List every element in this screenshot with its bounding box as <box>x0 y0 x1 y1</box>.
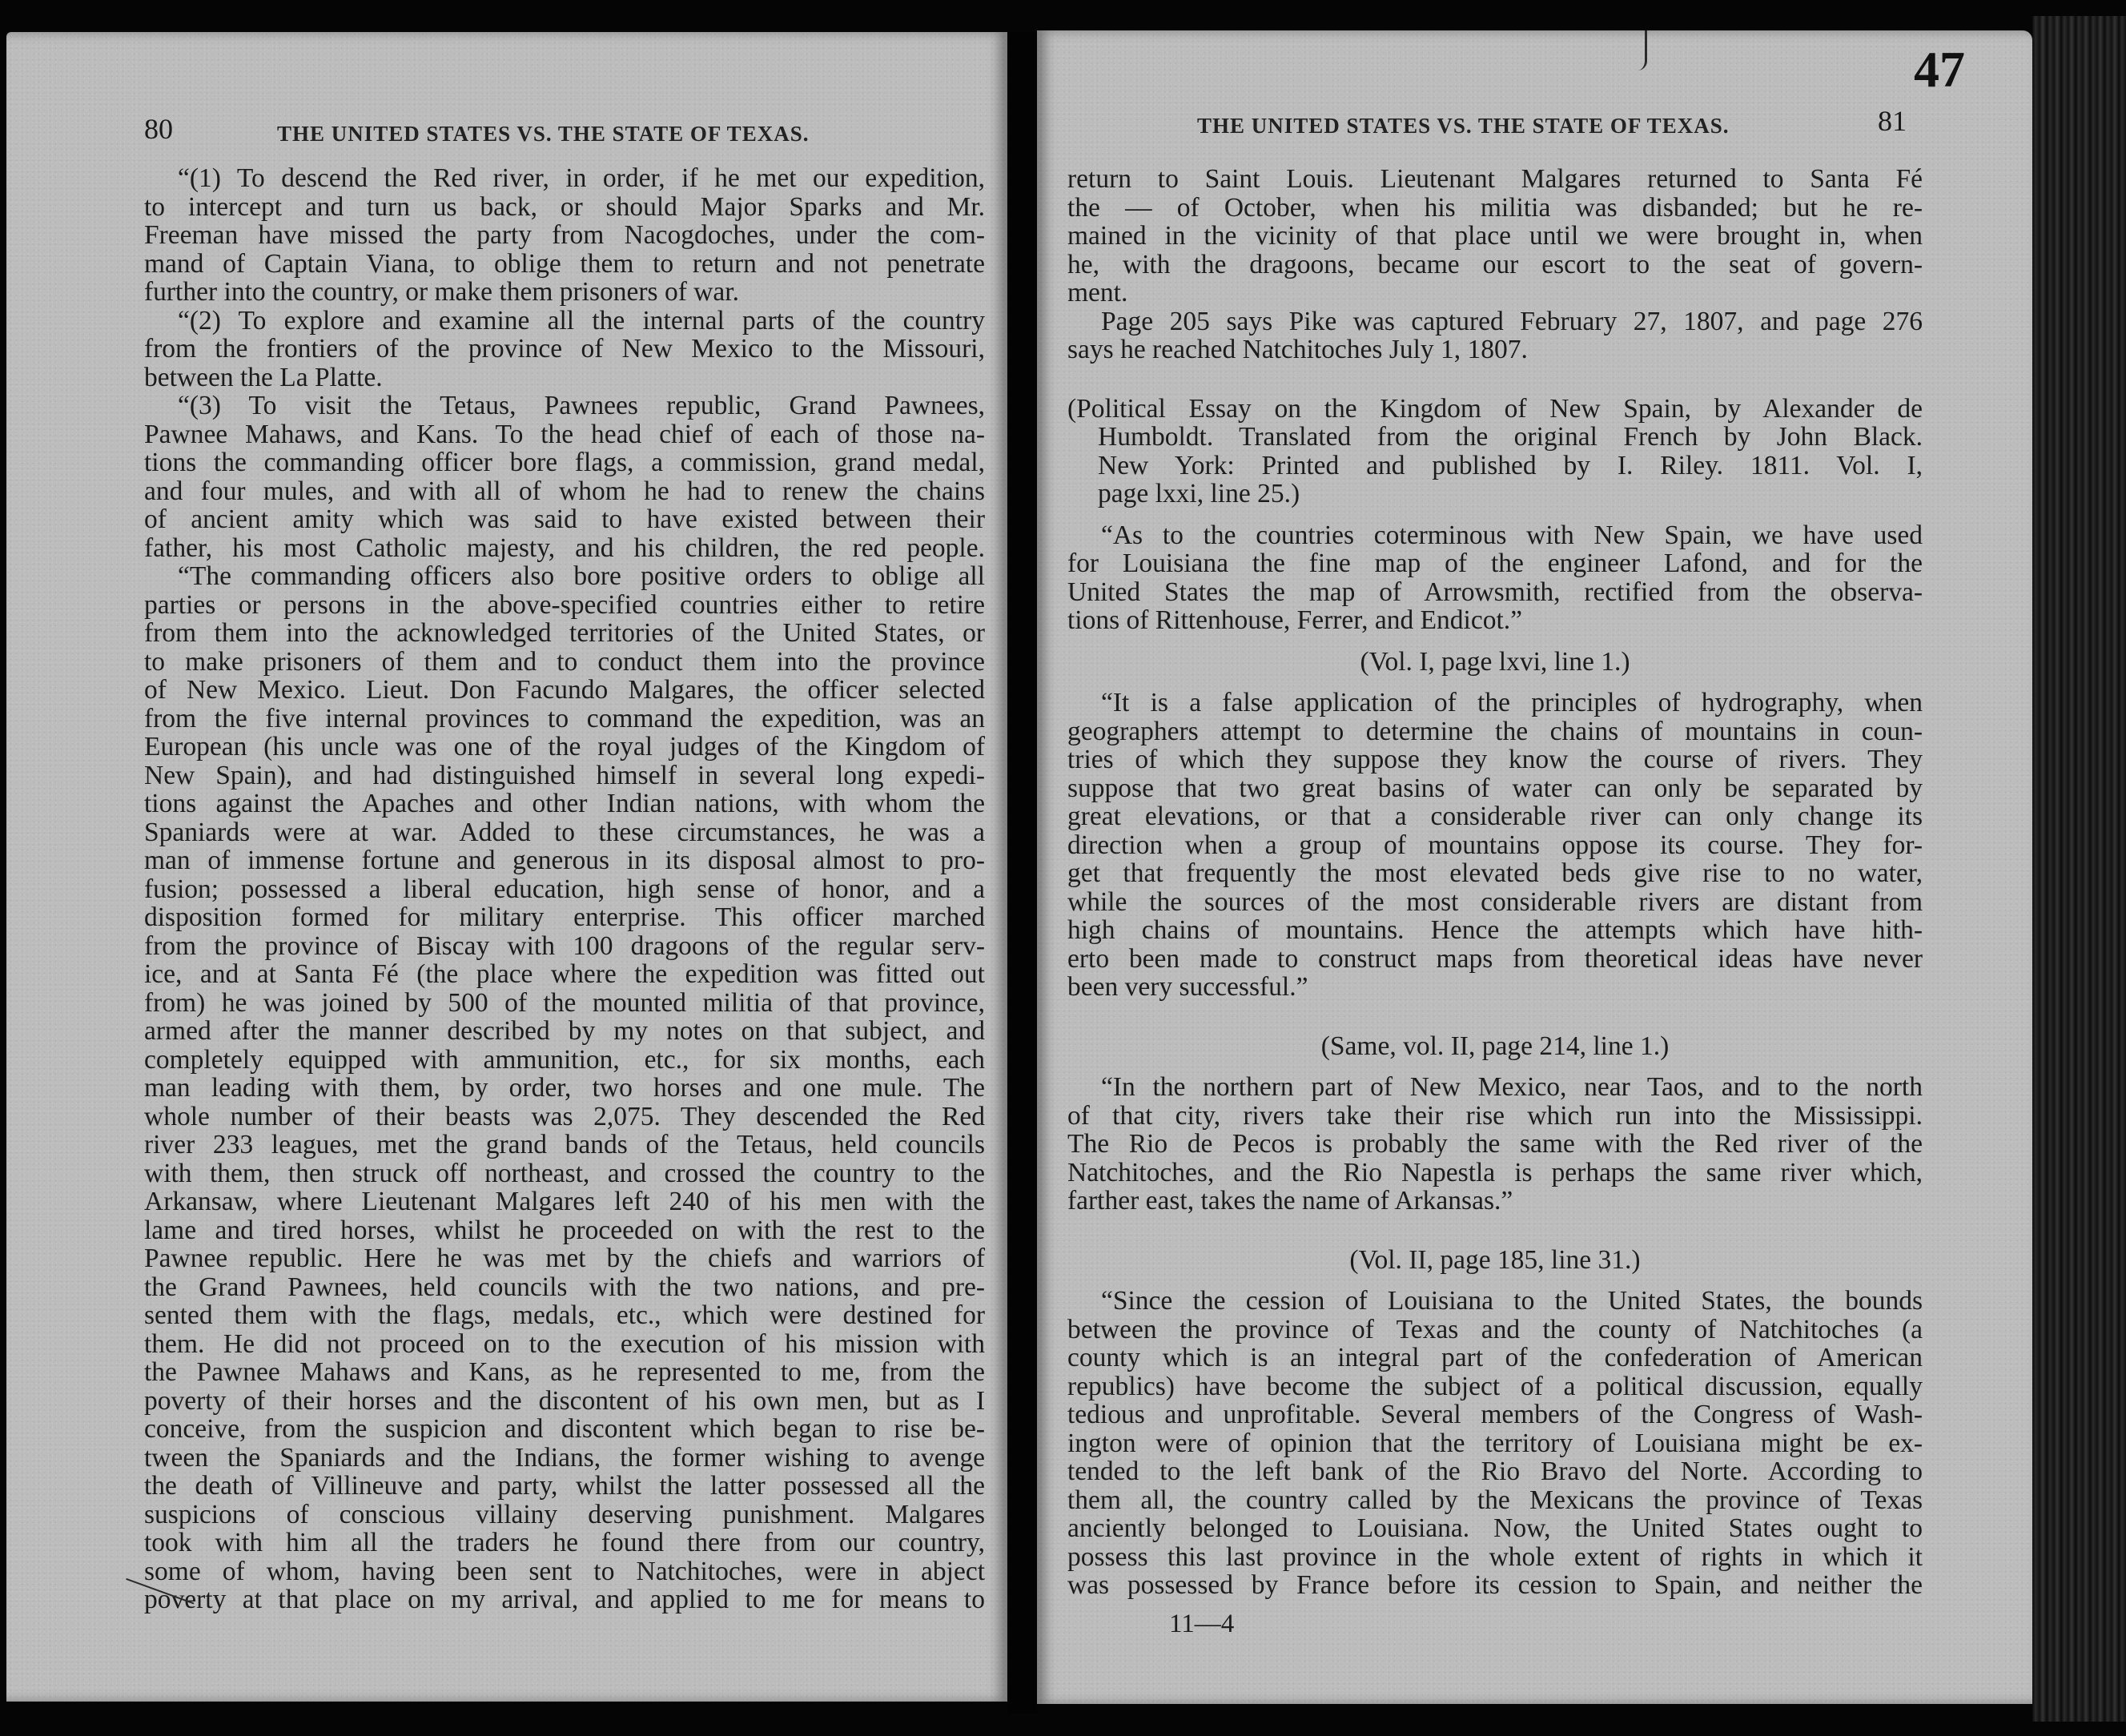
text-line: county which is an integral part of the … <box>1067 1344 1923 1372</box>
text-line: “(3) To visit the Tetaus, Pawnees republ… <box>144 392 985 420</box>
text-line: great elevations, or that a considerable… <box>1067 802 1923 831</box>
right-page: 47 The United States vs. the State of Te… <box>1037 30 2032 1704</box>
text-line: poverty of their horses and the disconte… <box>144 1387 985 1416</box>
text-line: the death of Villineuve and party, whils… <box>144 1472 985 1501</box>
text-line: from them into the acknowledged territor… <box>144 619 985 648</box>
text-line: “(2) To explore and examine all the inte… <box>144 307 985 336</box>
text-line: parties or persons in the above-specifie… <box>144 591 985 620</box>
text-line: from the frontiers of the province of Ne… <box>144 335 985 364</box>
text-line: “As to the countries coterminous with Ne… <box>1067 521 1923 550</box>
text-line: the Pawnee Mahaws and Kans, as he repres… <box>144 1358 985 1387</box>
text-line: them all, the country called by the Mexi… <box>1067 1486 1923 1515</box>
text-line: Page 205 says Pike was captured February… <box>1067 307 1923 336</box>
body-text: “(1) To descend the Red river, in order,… <box>144 164 985 1614</box>
text-line: river 233 leagues, met the grand bands o… <box>144 1131 985 1159</box>
text-line: of that city, rivers take their rise whi… <box>1067 1102 1923 1131</box>
signature-mark: 11—4 <box>1169 1609 1234 1639</box>
text-line: get that frequently the most elevated be… <box>1067 859 1923 888</box>
text-line: Humboldt. Translated from the original F… <box>1067 423 1923 452</box>
text-line: tions against the Apaches and other Indi… <box>144 790 985 818</box>
text-line: man leading with them, by order, two hor… <box>144 1074 985 1103</box>
text-line: fusion; possessed a liberal education, h… <box>144 875 985 904</box>
text-line: from) he was joined by 500 of the mounte… <box>144 989 985 1018</box>
spacer <box>1067 508 1923 521</box>
text-line: further into the country, or make them p… <box>144 278 985 307</box>
text-line: man of immense fortune and generous in i… <box>144 846 985 875</box>
text-line: tween the Spaniards and the Indians, the… <box>144 1444 985 1473</box>
book-gutter <box>1007 32 1037 1714</box>
text-line: Pawnee Mahaws, and Kans. To the head chi… <box>144 420 985 449</box>
text-line: high chains of mountains. Hence the atte… <box>1067 916 1923 945</box>
text-line: from the province of Biscay with 100 dra… <box>144 932 985 961</box>
text-line: with them, then struck off northeast, an… <box>144 1159 985 1188</box>
text-line: possess this last province in the whole … <box>1067 1543 1923 1572</box>
citation: (Vol. I, page lxvi, line 1.) <box>1067 648 1923 677</box>
paragraph: “It is a false application of the princi… <box>1067 689 1923 1002</box>
text-line: mand of Captain Viana, to oblige them to… <box>144 250 985 279</box>
text-line: disposition formed for military enterpri… <box>144 903 985 932</box>
text-line: to intercept and turn us back, or should… <box>144 193 985 222</box>
text-line: been very successful.” <box>1067 973 1923 1002</box>
text-line: while the sources of the most considerab… <box>1067 888 1923 917</box>
paragraph: return to Saint Louis. Lieutenant Malgar… <box>1067 165 1923 364</box>
pencil-mark <box>1634 30 1647 70</box>
text-line: (Political Essay on the Kingdom of New S… <box>1067 395 1923 424</box>
paragraph: “In the northern part of New Mexico, nea… <box>1067 1073 1923 1216</box>
spacer <box>1067 635 1923 648</box>
text-line: he, with the dragoons, became our escort… <box>1067 251 1923 279</box>
text-line: to make prisoners of them and to conduct… <box>144 648 985 677</box>
text-line: between the La Platte. <box>144 364 985 392</box>
text-line: New Spain), and had distinguished himsel… <box>144 762 985 790</box>
stamped-folio-number: 47 <box>1914 40 1965 99</box>
spacer <box>1067 1216 1923 1246</box>
left-page: 80 The United States vs. the State of Te… <box>6 32 1007 1702</box>
text-line: mained in the vicinity of that place unt… <box>1067 222 1923 251</box>
text-line: erto been made to construct maps from th… <box>1067 945 1923 974</box>
text-line: tedious and unprofitable. Several member… <box>1067 1400 1923 1429</box>
text-line: “Since the cession of Louisiana to the U… <box>1067 1287 1923 1316</box>
running-head: The United States vs. the State of Texas… <box>1197 114 1729 139</box>
text-line: Arkansaw, where Lieutenant Malgares left… <box>144 1187 985 1216</box>
text-line: Pawnee republic. Here he was met by the … <box>144 1244 985 1273</box>
text-line: was possessed by France before its cessi… <box>1067 1571 1923 1600</box>
text-line: “The commanding officers also bore posit… <box>144 562 985 591</box>
text-line: ice, and at Santa Fé (the place where th… <box>144 960 985 989</box>
text-line: tended to the left bank of the Rio Bravo… <box>1067 1457 1923 1486</box>
text-line: completely equipped with ammunition, etc… <box>144 1046 985 1075</box>
page-number: 81 <box>1878 104 1907 138</box>
text-line: of ancient amity which was said to have … <box>144 505 985 534</box>
text-line: the Grand Pawnees, held councils with th… <box>144 1273 985 1302</box>
running-head: The United States vs. the State of Texas… <box>277 122 809 147</box>
text-line: them. He did not proceed on to the execu… <box>144 1330 985 1359</box>
text-line: some of whom, having been sent to Natchi… <box>144 1557 985 1586</box>
text-line: republics) have become the subject of a … <box>1067 1372 1923 1401</box>
text-line: took with him all the traders he found t… <box>144 1529 985 1557</box>
text-line: says he reached Natchitoches July 1, 180… <box>1067 336 1923 364</box>
text-line: United States the map of Arrowsmith, rec… <box>1067 578 1923 607</box>
text-line: suspicions of conscious villainy deservi… <box>144 1501 985 1529</box>
text-line: New York: Printed and published by I. Ri… <box>1067 452 1923 480</box>
text-line: Spaniards were at war. Added to these ci… <box>144 818 985 847</box>
text-line: the — of October, when his militia was d… <box>1067 194 1923 223</box>
text-line: return to Saint Louis. Lieutenant Malgar… <box>1067 165 1923 194</box>
text-line: anciently belonged to Louisiana. Now, th… <box>1067 1514 1923 1543</box>
spacer <box>1067 1002 1923 1032</box>
text-line: European (his uncle was one of the royal… <box>144 733 985 762</box>
text-line: sented them with the flags, medals, etc.… <box>144 1301 985 1330</box>
text-line: Natchitoches, and the Rio Napestla is pe… <box>1067 1159 1923 1187</box>
page-edges <box>2032 16 2126 1722</box>
body-text: return to Saint Louis. Lieutenant Malgar… <box>1067 165 1923 1600</box>
text-line: father, his most Catholic majesty, and h… <box>144 534 985 563</box>
text-line: armed after the manner described by my n… <box>144 1017 985 1046</box>
text-line: for Louisiana the fine map of the engine… <box>1067 549 1923 578</box>
text-line: from the five internal provinces to comm… <box>144 705 985 733</box>
paragraph: “As to the countries coterminous with Ne… <box>1067 521 1923 635</box>
text-line: conceive, from the suspicion and discont… <box>144 1415 985 1444</box>
spacer <box>1067 1060 1923 1073</box>
paragraph: (Political Essay on the Kingdom of New S… <box>1067 395 1923 508</box>
text-line: between the province of Texas and the co… <box>1067 1316 1923 1344</box>
text-line: lame and tired horses, whilst he proceed… <box>144 1216 985 1245</box>
text-line: direction when a group of mountains oppo… <box>1067 831 1923 860</box>
text-line: tions of Rittenhouse, Ferrer, and Endico… <box>1067 606 1923 635</box>
text-line: tions the commanding officer bore flags,… <box>144 448 985 477</box>
text-line: of New Mexico. Lieut. Don Facundo Malgar… <box>144 676 985 705</box>
page-number: 80 <box>144 112 173 146</box>
text-line: Freeman have missed the party from Nacog… <box>144 221 985 250</box>
text-line: farther east, takes the name of Arkansas… <box>1067 1187 1923 1216</box>
text-line: page lxxi, line 25.) <box>1067 480 1923 508</box>
text-line: “It is a false application of the princi… <box>1067 689 1923 717</box>
text-line: “(1) To descend the Red river, in order,… <box>144 164 985 193</box>
text-line: suppose that two great basins of water c… <box>1067 774 1923 803</box>
text-line: and four mules, and with all of whom he … <box>144 477 985 506</box>
text-line: ment. <box>1067 279 1923 307</box>
text-line: poverty at that place on my arrival, and… <box>144 1585 985 1614</box>
text-line: “In the northern part of New Mexico, nea… <box>1067 1073 1923 1102</box>
text-line: geographers attempt to determine the cha… <box>1067 717 1923 746</box>
text-line: The Rio de Pecos is probably the same wi… <box>1067 1130 1923 1159</box>
citation: (Same, vol. II, page 214, line 1.) <box>1067 1032 1923 1061</box>
spacer <box>1067 1274 1923 1287</box>
text-line: tries of which they suppose they know th… <box>1067 745 1923 774</box>
paragraph: “Since the cession of Louisiana to the U… <box>1067 1287 1923 1600</box>
spacer <box>1067 364 1923 395</box>
citation: (Vol. II, page 185, line 31.) <box>1067 1246 1923 1275</box>
text-line: ington were of opinion that the territor… <box>1067 1429 1923 1458</box>
text-line: whole number of their beasts was 2,075. … <box>144 1103 985 1131</box>
spacer <box>1067 676 1923 689</box>
